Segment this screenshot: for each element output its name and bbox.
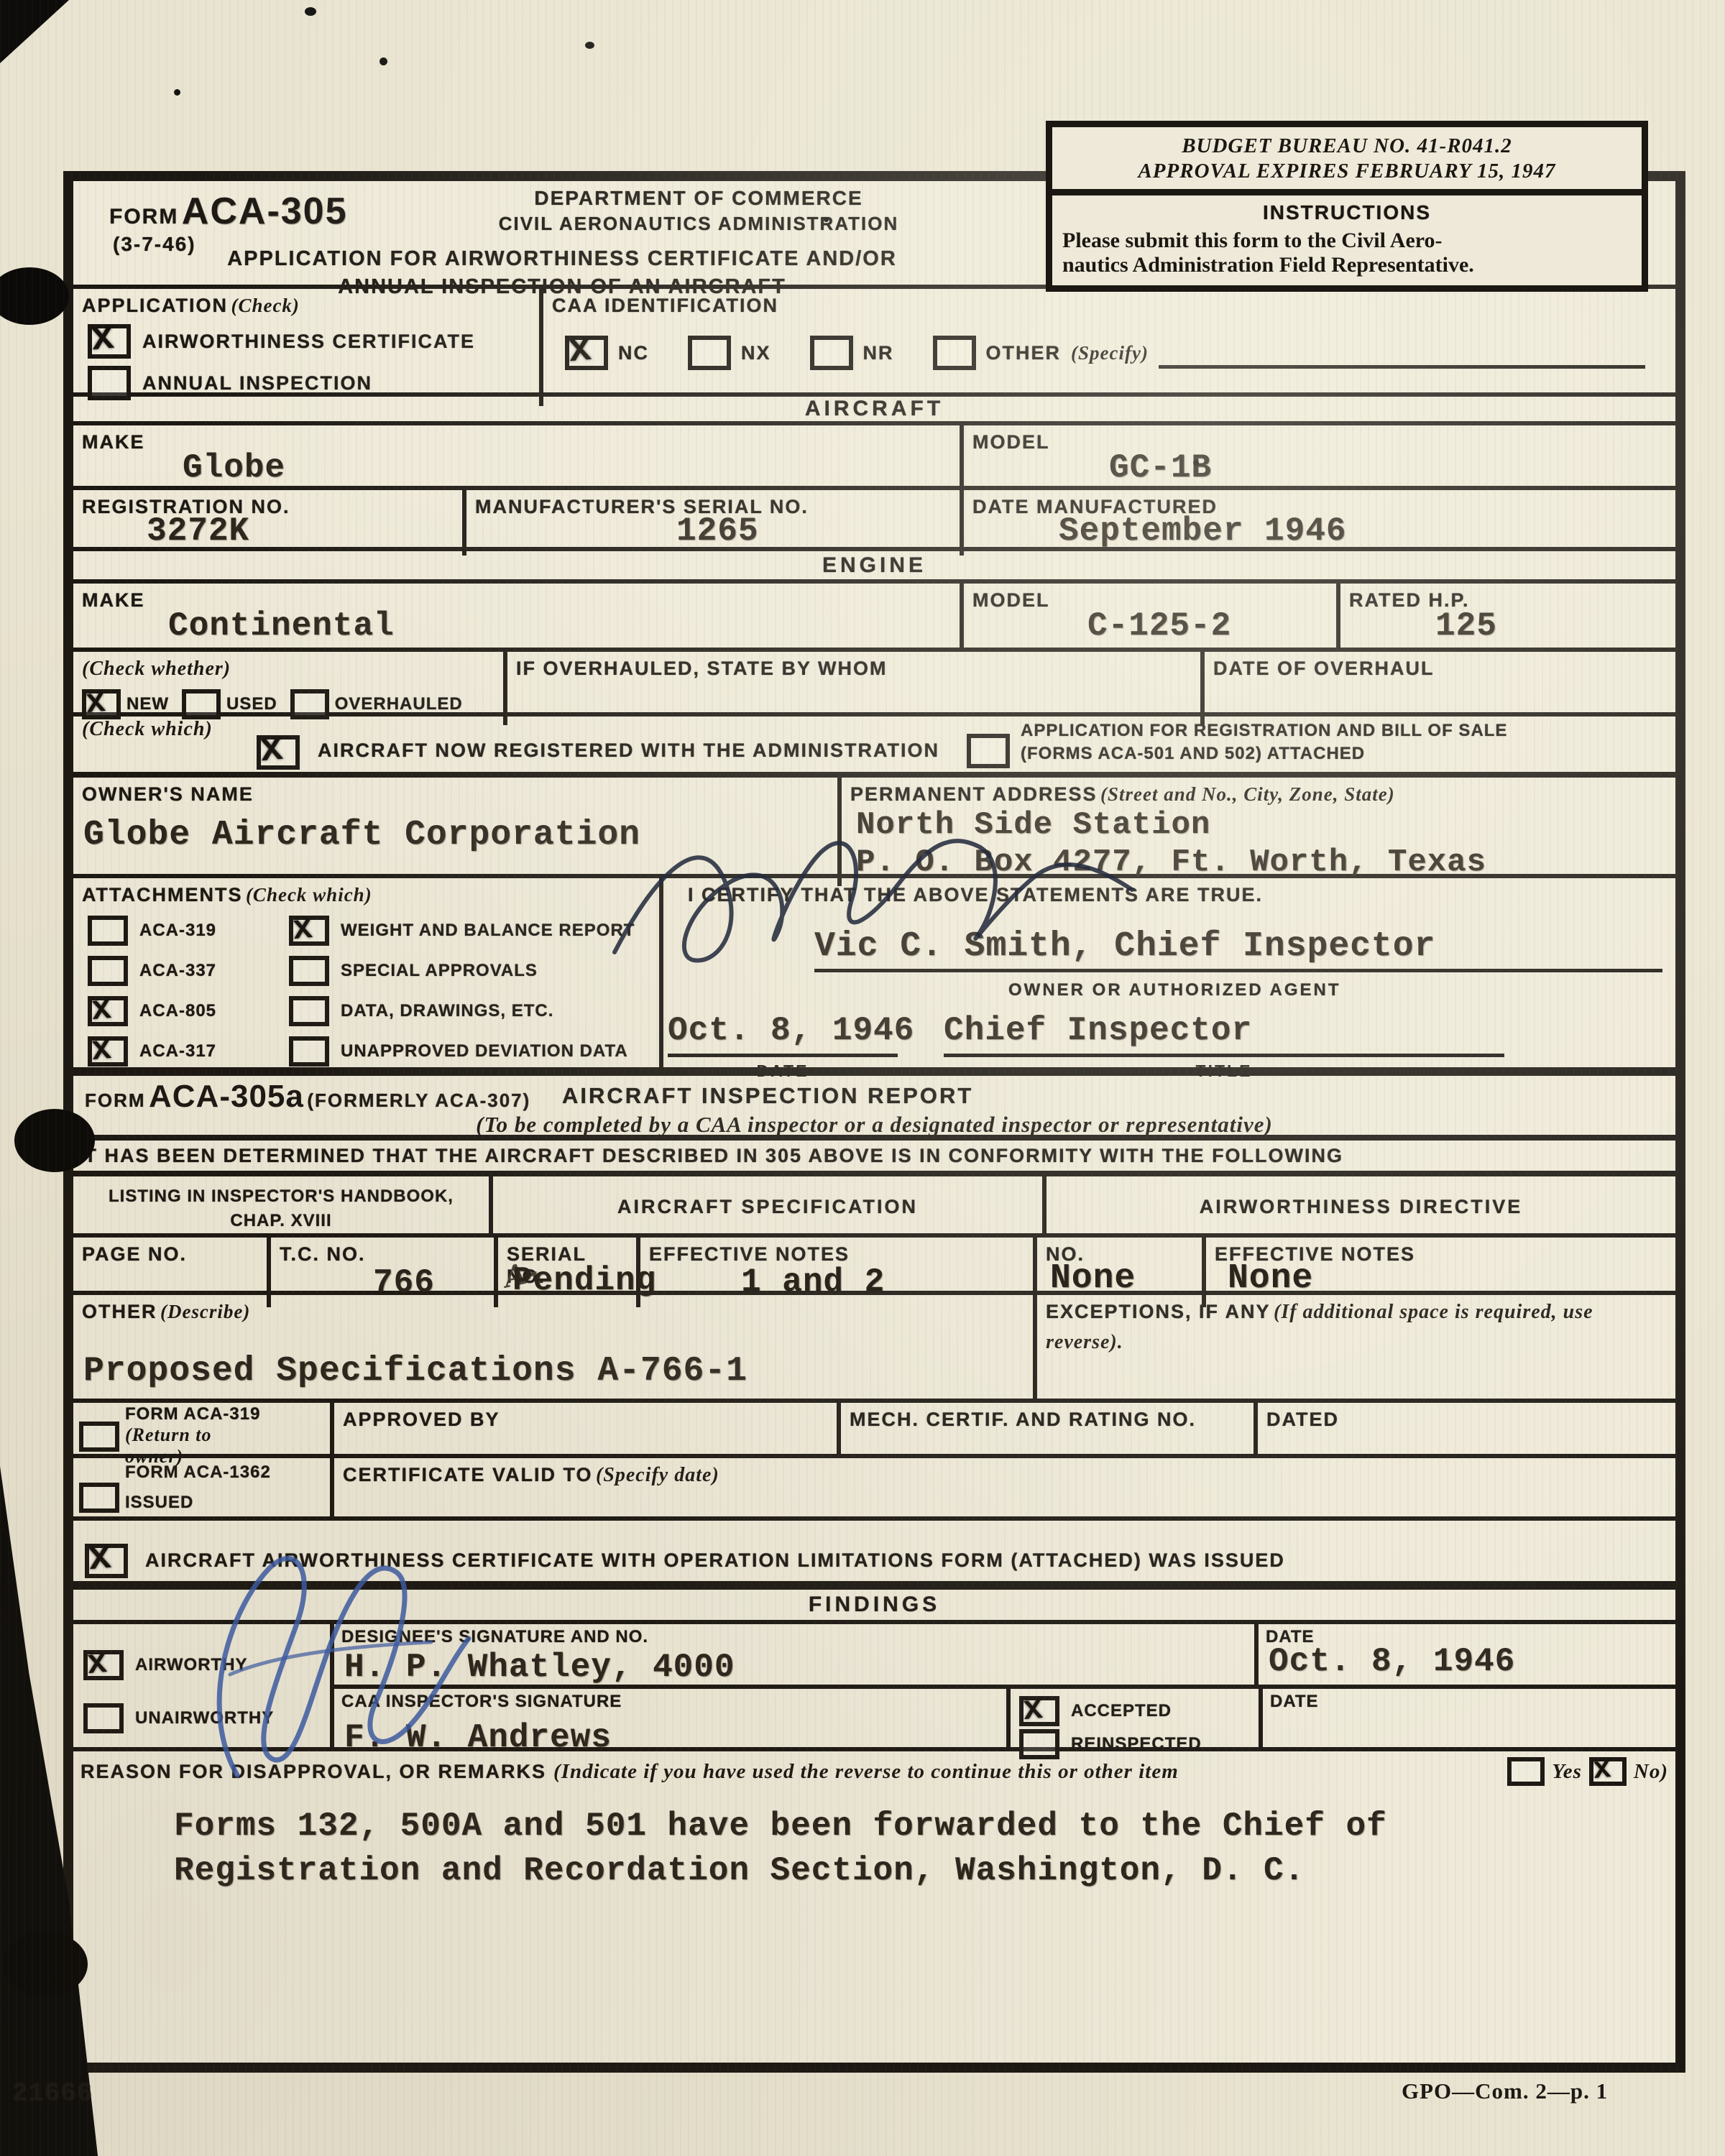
- attachments-label: ATTACHMENTS: [82, 884, 242, 906]
- application-label-note: (Check): [231, 295, 299, 316]
- dated-cell: DATED: [1253, 1403, 1675, 1454]
- attachments-row: ATTACHMENTS (Check which) ACA-319 ACA-33…: [73, 878, 1675, 1076]
- serial-no-cell: SERIAL NO. A- Pending: [494, 1238, 636, 1307]
- remarks-text-line2[interactable]: Registration and Recordation Section, Wa…: [174, 1852, 1305, 1889]
- other-id-value[interactable]: [1159, 338, 1645, 369]
- listing-col-header: LISTING IN INSPECTOR'S HANDBOOK, CHAP. X…: [73, 1176, 489, 1237]
- owner-name-value[interactable]: Globe Aircraft Corporation: [83, 816, 829, 854]
- airworthy-checkbox[interactable]: X: [83, 1650, 124, 1680]
- mech-certif-label: MECH. CERTIF. AND RATING NO.: [850, 1409, 1245, 1431]
- check-which-label: (Check which): [82, 718, 213, 741]
- exceptions-cell: EXCEPTIONS, IF ANY (If additional space …: [1033, 1295, 1675, 1399]
- weight-balance-label: WEIGHT AND BALANCE REPORT: [341, 921, 635, 941]
- certify-statement: I CERTIFY THAT THE ABOVE STATEMENTS ARE …: [688, 884, 1667, 906]
- form-title-line1: APPLICATION FOR AIRWORTHINESS CERTIFICAT…: [124, 247, 1000, 271]
- serial-no-value[interactable]: Pending: [512, 1262, 656, 1299]
- nc-checkbox[interactable]: X: [565, 336, 608, 370]
- directive-no-value[interactable]: None: [1050, 1259, 1136, 1298]
- owner-address-line1[interactable]: North Side Station: [856, 807, 1667, 843]
- aircraft-reg-row: REGISTRATION NO. 3272K MANUFACTURER'S SE…: [73, 490, 1675, 551]
- accepted-checkbox[interactable]: X: [1019, 1696, 1059, 1726]
- airworthiness-certificate-checkbox[interactable]: X: [88, 324, 131, 359]
- check-whether-cell: (Check whether) X NEW USED OVERHAULED: [73, 652, 503, 725]
- inspector-date-label: DATE: [1270, 1692, 1675, 1712]
- aca319-return-cell: FORM ACA-319 (Return to owner): [73, 1403, 330, 1454]
- scan-speck: [305, 7, 316, 16]
- approved-by-cell: APPROVED BY: [330, 1403, 837, 1454]
- report-formerly: (FORMERLY ACA-307): [307, 1089, 530, 1111]
- aca319-label1: FORM ACA-319: [125, 1404, 260, 1424]
- application-cell: APPLICATION (Check) X AIRWORTHINESS CERT…: [73, 289, 539, 406]
- scan-speck: [824, 217, 829, 222]
- aca319-row: FORM ACA-319 (Return to owner) APPROVED …: [73, 1403, 1675, 1458]
- exceptions-label: EXCEPTIONS, IF ANY: [1046, 1301, 1271, 1322]
- designee-signature-label: DESIGNEE'S SIGNATURE AND NO.: [341, 1627, 1254, 1647]
- designee-date-value[interactable]: Oct. 8, 1946: [1269, 1643, 1515, 1680]
- scan-speck: [174, 89, 180, 96]
- engine-make-value[interactable]: Continental: [168, 607, 951, 645]
- owner-address-line2[interactable]: P. O. Box 4277, Ft. Worth, Texas: [856, 844, 1667, 880]
- scanned-form-page: FORM ACA-305 (3-7-46) DEPARTMENT OF COMM…: [0, 0, 1725, 2156]
- directive-notes-value[interactable]: None: [1228, 1259, 1313, 1298]
- valid-to-label: CERTIFICATE VALID TO: [343, 1464, 593, 1485]
- determination-text: IT HAS BEEN DETERMINED THAT THE AIRCRAFT…: [78, 1145, 1343, 1167]
- instructions-line1: Please submit this form to the Civil Aer…: [1062, 229, 1632, 253]
- nc-label: NC: [618, 342, 649, 364]
- budget-instructions-box: BUDGET BUREAU NO. 41-R041.2 APPROVAL EXP…: [1046, 121, 1648, 292]
- directive-col-label: AIRWORTHINESS DIRECTIVE: [1200, 1196, 1523, 1218]
- special-approvals-label: SPECIAL APPROVALS: [341, 961, 538, 981]
- page-no-label: PAGE NO.: [82, 1243, 258, 1266]
- certificate-issued-row: X AIRCRAFT AIRWORTHINESS CERTIFICATE WIT…: [73, 1521, 1675, 1590]
- remarks-text-line1[interactable]: Forms 132, 500A and 501 have been forwar…: [174, 1807, 1387, 1845]
- date-manufactured-cell: DATE MANUFACTURED September 1946: [960, 490, 1675, 556]
- owner-name-label: OWNER'S NAME: [82, 783, 829, 806]
- instructions-line2: nautics Administration Field Representat…: [1062, 253, 1632, 277]
- remarks-note: (Indicate if you have used the reverse t…: [553, 1760, 1500, 1784]
- listing-line1: LISTING IN INSPECTOR'S HANDBOOK,: [82, 1187, 480, 1207]
- engine-section-title: ENGINE: [73, 551, 1675, 584]
- other-value[interactable]: Proposed Specifications A-766-1: [83, 1352, 1024, 1391]
- footer-gpo: GPO—Com. 2—p. 1: [1402, 2078, 1608, 2104]
- footer-serial: 21666: [11, 2078, 93, 2108]
- date-manufactured-value[interactable]: September 1946: [1059, 512, 1667, 550]
- aca-337-label: ACA-337: [139, 961, 216, 981]
- mech-certif-cell: MECH. CERTIF. AND RATING NO.: [837, 1403, 1253, 1454]
- unairworthy-label: UNAIRWORTHY: [135, 1708, 274, 1728]
- airworthy-label: AIRWORTHY: [135, 1655, 248, 1675]
- owner-address-label: PERMANENT ADDRESS: [850, 783, 1098, 805]
- new-label: NEW: [126, 694, 169, 714]
- used-label: USED: [226, 694, 277, 714]
- aca-805-checkbox[interactable]: X: [88, 996, 128, 1026]
- engine-section-label: ENGINE: [822, 553, 926, 578]
- attachments-cell: ATTACHMENTS (Check which) ACA-319 ACA-33…: [73, 878, 659, 1067]
- aircraft-registered-label: AIRCRAFT NOW REGISTERED WITH THE ADMINIS…: [318, 740, 939, 762]
- registration-status-row: (Check which) X AIRCRAFT NOW REGISTERED …: [73, 717, 1675, 778]
- data-drawings-checkbox[interactable]: [289, 996, 329, 1026]
- effective-notes-label: EFFECTIVE NOTES: [649, 1243, 1024, 1266]
- findings-section-title: FINDINGS: [73, 1590, 1675, 1624]
- registration-value[interactable]: 3272K: [147, 512, 454, 550]
- airworthiness-certificate-label: AIRWORTHINESS CERTIFICATE: [142, 331, 475, 353]
- other-note: (Describe): [160, 1301, 250, 1322]
- engine-model-value[interactable]: C-125-2: [1087, 607, 1328, 645]
- form-header: FORM ACA-305 (3-7-46) DEPARTMENT OF COMM…: [73, 181, 1675, 289]
- aca1362-row: FORM ACA-1362 ISSUED CERTIFICATE VALID T…: [73, 1458, 1675, 1521]
- inspector-row: CAA INSPECTOR'S SIGNATURE F. W. Andrews …: [334, 1689, 1675, 1747]
- spec-col-label: AIRCRAFT SPECIFICATION: [617, 1196, 918, 1218]
- tc-no-value[interactable]: 766: [373, 1264, 485, 1302]
- application-attached-label2: (FORMS ACA-501 AND 502) ATTACHED: [1021, 744, 1507, 764]
- certificate-valid-cell: CERTIFICATE VALID TO (Specify date): [330, 1458, 1675, 1516]
- directive-col-header: AIRWORTHINESS DIRECTIVE: [1042, 1176, 1675, 1237]
- aircraft-registered-checkbox[interactable]: X: [257, 735, 300, 770]
- unairworthy-checkbox[interactable]: [83, 1703, 124, 1733]
- determination-bar: IT HAS BEEN DETERMINED THAT THE AIRCRAFT…: [73, 1141, 1675, 1176]
- application-attached-checkbox[interactable]: [967, 734, 1010, 768]
- dept-line1: DEPARTMENT OF COMMERCE: [476, 187, 921, 210]
- overhauled-by-cell: IF OVERHAULED, STATE BY WHOM: [503, 652, 1200, 725]
- owner-address-note: (Street and No., City, Zone, State): [1100, 783, 1395, 805]
- scan-corner-artifact-top: [0, 0, 69, 63]
- overhauled-by-label: IF OVERHAULED, STATE BY WHOM: [516, 658, 1192, 680]
- unapproved-deviation-label: UNAPPROVED DEVIATION DATA: [341, 1041, 628, 1061]
- inspector-signature-label: CAA INSPECTOR'S SIGNATURE: [341, 1692, 1006, 1712]
- owner-address-cell: PERMANENT ADDRESS (Street and No., City,…: [837, 778, 1675, 886]
- overhauled-label: OVERHAULED: [335, 694, 463, 714]
- certify-signed-name: Vic C. Smith, Chief Inspector: [814, 927, 1662, 972]
- weight-balance-checkbox[interactable]: X: [289, 916, 329, 946]
- aca-337-checkbox[interactable]: [88, 956, 128, 986]
- remarks-no-label: No): [1634, 1760, 1668, 1784]
- remarks-yes-checkbox[interactable]: [1507, 1757, 1545, 1786]
- report-form-number: ACA-305a: [149, 1079, 304, 1114]
- certification-cell: I CERTIFY THAT THE ABOVE STATEMENTS ARE …: [659, 878, 1675, 1067]
- certify-date-value[interactable]: Oct. 8, 1946: [668, 1012, 898, 1057]
- punch-hole-middle: [14, 1109, 95, 1172]
- aircraft-section-label: AIRCRAFT: [805, 397, 944, 421]
- aca319-return-checkbox[interactable]: [79, 1422, 119, 1452]
- aca319-label3: owner): [125, 1446, 260, 1468]
- used-checkbox[interactable]: [182, 689, 221, 719]
- aca-805-label: ACA-805: [139, 1001, 216, 1021]
- punch-hole-bottom: [3, 1932, 88, 1996]
- other-row: OTHER (Describe) Proposed Specifications…: [73, 1295, 1675, 1403]
- spec-col-header: AIRCRAFT SPECIFICATION: [489, 1176, 1042, 1237]
- tc-no-label: T.C. NO.: [280, 1243, 485, 1266]
- aca-317-checkbox[interactable]: X: [88, 1036, 128, 1067]
- application-attached-label1: APPLICATION FOR REGISTRATION AND BILL OF…: [1021, 721, 1507, 741]
- exceptions-note1: (If additional space is required, use: [1274, 1301, 1593, 1323]
- scan-speck: [1193, 460, 1199, 466]
- overhauled-checkbox[interactable]: [290, 689, 329, 719]
- caa-identification-cell: CAA IDENTIFICATION X NC NX NR OTHER (Spe…: [539, 289, 1675, 406]
- attachments-note: (Check which): [246, 884, 372, 906]
- form-aca-305: FORM ACA-305 (3-7-46) DEPARTMENT OF COMM…: [63, 171, 1685, 2073]
- instructions-title: INSTRUCTIONS: [1052, 201, 1642, 224]
- certificate-issued-checkbox[interactable]: X: [85, 1544, 128, 1578]
- check-whether-label: (Check whether): [82, 658, 494, 681]
- other-describe-cell: OTHER (Describe) Proposed Specifications…: [73, 1295, 1033, 1399]
- budget-bureau-no: BUDGET BUREAU NO. 41-R041.2: [1058, 134, 1636, 158]
- form-number: ACA-305: [182, 190, 348, 232]
- nr-label: NR: [863, 342, 894, 364]
- aircraft-make-value[interactable]: Globe: [183, 449, 951, 487]
- annual-inspection-label: ANNUAL INSPECTION: [142, 372, 372, 395]
- spec-values-row: PAGE NO. T.C. NO. 766 SERIAL NO. A- Pend…: [73, 1238, 1675, 1295]
- findings-verdict-col: X AIRWORTHY UNAIRWORTHY: [73, 1624, 330, 1747]
- effective-notes-value[interactable]: 1 and 2: [741, 1263, 885, 1301]
- findings-body: X AIRWORTHY UNAIRWORTHY DESIGNEE'S SIGNA…: [73, 1624, 1675, 1751]
- remarks-label: REASON FOR DISAPPROVAL, OR REMARKS: [80, 1761, 546, 1783]
- scan-speck: [585, 42, 594, 49]
- remarks-no-checkbox[interactable]: X: [1589, 1757, 1627, 1786]
- engine-condition-row: (Check whether) X NEW USED OVERHAULED IF…: [73, 652, 1675, 717]
- new-checkbox[interactable]: X: [82, 689, 121, 719]
- engine-hp-cell: RATED H.P. 125: [1336, 584, 1675, 650]
- owner-name-cell: OWNER'S NAME Globe Aircraft Corporation: [73, 778, 837, 886]
- punch-hole-top: [0, 267, 69, 325]
- designee-row: DESIGNEE'S SIGNATURE AND NO. H. P. Whatl…: [334, 1624, 1675, 1689]
- report-subtitle: (To be completed by a CAA inspector or a…: [73, 1112, 1675, 1138]
- remarks-yes-label: Yes: [1552, 1760, 1582, 1784]
- other-id-note: (Specify): [1071, 342, 1149, 364]
- aca319-label2: (Return to: [125, 1424, 260, 1446]
- accepted-label: ACCEPTED: [1071, 1701, 1172, 1721]
- overhaul-date-label: DATE OF OVERHAUL: [1213, 658, 1667, 680]
- other-label: OTHER: [82, 1301, 157, 1322]
- certify-title-value[interactable]: Chief Inspector: [944, 1012, 1504, 1057]
- aircraft-model-value[interactable]: GC-1B: [1109, 449, 1667, 487]
- designee-signature-value[interactable]: H. P. Whatley, 4000: [344, 1649, 735, 1686]
- other-id-label: OTHER: [986, 342, 1062, 364]
- form-label: FORM: [109, 205, 178, 229]
- aca1362-label2: ISSUED: [125, 1493, 271, 1513]
- approval-expires: APPROVAL EXPIRES FEBRUARY 15, 1947: [1058, 160, 1636, 183]
- exceptions-note2: reverse).: [1046, 1331, 1667, 1354]
- aircraft-make-row: MAKE Globe MODEL GC-1B: [73, 425, 1675, 490]
- registration-cell: REGISTRATION NO. 3272K: [73, 490, 462, 556]
- aca-317-label: ACA-317: [139, 1041, 216, 1061]
- report-title: AIRCRAFT INSPECTION REPORT: [562, 1083, 973, 1109]
- dated-label: DATED: [1266, 1409, 1667, 1431]
- aircraft-section-title: AIRCRAFT: [73, 397, 1675, 425]
- unapproved-deviation-checkbox[interactable]: [289, 1036, 329, 1067]
- other-id-checkbox[interactable]: [933, 336, 976, 370]
- valid-to-note: (Specify date): [596, 1464, 719, 1486]
- application-label: APPLICATION: [82, 295, 228, 316]
- owner-row: OWNER'S NAME Globe Aircraft Corporation …: [73, 778, 1675, 878]
- aca-319-label: ACA-319: [139, 921, 216, 941]
- annual-inspection-checkbox[interactable]: [88, 366, 131, 400]
- special-approvals-checkbox[interactable]: [289, 956, 329, 986]
- aca1362-issued-checkbox[interactable]: [79, 1483, 119, 1513]
- report-form-label: FORM: [85, 1089, 146, 1111]
- engine-make-cell: MAKE Continental: [73, 584, 960, 650]
- mfr-serial-value[interactable]: 1265: [676, 512, 951, 550]
- mfr-serial-cell: MANUFACTURER'S SERIAL NO. 1265: [462, 490, 960, 556]
- aircraft-model-cell: MODEL GC-1B: [960, 425, 1675, 492]
- remarks-row: REASON FOR DISAPPROVAL, OR REMARKS (Indi…: [73, 1751, 1675, 2070]
- caa-identification-label: CAA IDENTIFICATION: [552, 295, 1667, 317]
- dept-line2: CIVIL AERONAUTICS ADMINISTRATION: [476, 213, 921, 235]
- application-section: APPLICATION (Check) X AIRWORTHINESS CERT…: [73, 289, 1675, 397]
- scan-speck: [379, 57, 387, 65]
- nr-checkbox[interactable]: [810, 336, 853, 370]
- engine-make-row: MAKE Continental MODEL C-125-2 RATED H.P…: [73, 584, 1675, 652]
- engine-model-cell: MODEL C-125-2: [960, 584, 1336, 650]
- certify-signed-caption: OWNER OR AUTHORIZED AGENT: [1008, 980, 1341, 1000]
- approved-by-label: APPROVED BY: [343, 1409, 828, 1431]
- nx-checkbox[interactable]: [688, 336, 731, 370]
- listing-header-row: LISTING IN INSPECTOR'S HANDBOOK, CHAP. X…: [73, 1176, 1675, 1238]
- nx-label: NX: [741, 342, 771, 364]
- findings-section-label: FINDINGS: [809, 1593, 940, 1617]
- certificate-issued-label: AIRCRAFT AIRWORTHINESS CERTIFICATE WITH …: [145, 1549, 1285, 1572]
- aca-319-checkbox[interactable]: [88, 916, 128, 946]
- data-drawings-label: DATA, DRAWINGS, ETC.: [341, 1001, 553, 1021]
- aircraft-make-cell: MAKE Globe: [73, 425, 960, 492]
- engine-hp-value[interactable]: 125: [1435, 607, 1667, 645]
- listing-line2: CHAP. XVIII: [82, 1211, 480, 1231]
- overhaul-date-cell: DATE OF OVERHAUL: [1200, 652, 1675, 725]
- inspection-report-header: FORM ACA-305a (FORMERLY ACA-307) AIRCRAF…: [73, 1076, 1675, 1141]
